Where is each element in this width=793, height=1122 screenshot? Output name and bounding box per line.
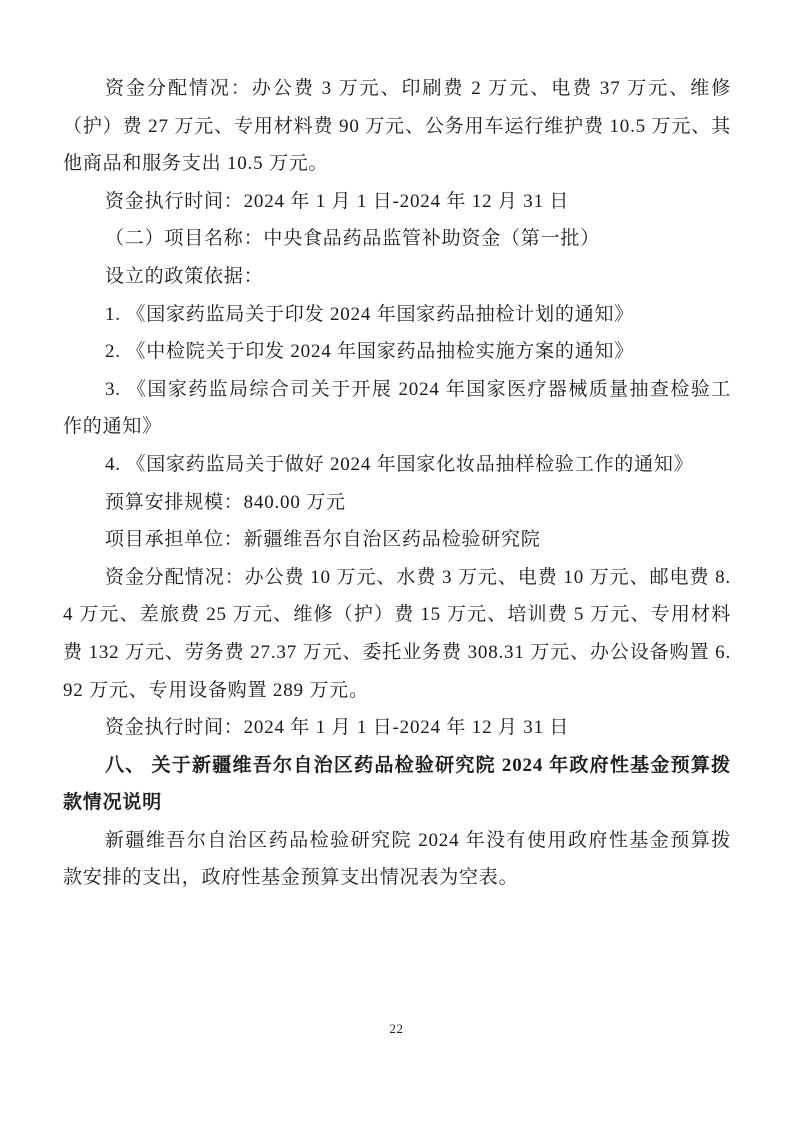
list-item-paragraph: 3. 《国家药监局综合司关于开展 2024 年国家医疗器械质量抽查检验工作的通知… (63, 371, 731, 446)
list-item-paragraph: 4. 《国家药监局关于做好 2024 年国家化妆品抽样检验工作的通知》 (63, 446, 731, 484)
body-paragraph: 资金执行时间：2024 年 1 月 1 日-2024 年 12 月 31 日 (63, 183, 731, 221)
document-body: 资金分配情况：办公费 3 万元、印刷费 2 万元、电费 37 万元、维修（护）费… (63, 70, 731, 897)
body-paragraph: 预算安排规模：840.00 万元 (63, 484, 731, 522)
body-paragraph: 项目承担单位：新疆维吾尔自治区药品检验研究院 (63, 521, 731, 559)
body-paragraph: （二）项目名称：中央食品药品监管补助资金（第一批） (63, 220, 731, 258)
body-paragraph: 设立的政策依据： (63, 258, 731, 296)
list-item-paragraph: 2. 《中检院关于印发 2024 年国家药品抽检实施方案的通知》 (63, 333, 731, 371)
body-paragraph: 新疆维吾尔自治区药品检验研究院 2024 年没有使用政府性基金预算拨款安排的支出… (63, 822, 731, 897)
document-page: 资金分配情况：办公费 3 万元、印刷费 2 万元、电费 37 万元、维修（护）费… (0, 0, 793, 1122)
page-number: 22 (0, 1021, 793, 1037)
body-paragraph: 资金执行时间：2024 年 1 月 1 日-2024 年 12 月 31 日 (63, 709, 731, 747)
list-item-paragraph: 1. 《国家药监局关于印发 2024 年国家药品抽检计划的通知》 (63, 296, 731, 334)
body-paragraph: 资金分配情况：办公费 10 万元、水费 3 万元、电费 10 万元、邮电费 8.… (63, 559, 731, 709)
section-heading: 八、 关于新疆维吾尔自治区药品检验研究院 2024 年政府性基金预算拨款情况说明 (63, 747, 731, 822)
body-paragraph: 资金分配情况：办公费 3 万元、印刷费 2 万元、电费 37 万元、维修（护）费… (63, 70, 731, 183)
